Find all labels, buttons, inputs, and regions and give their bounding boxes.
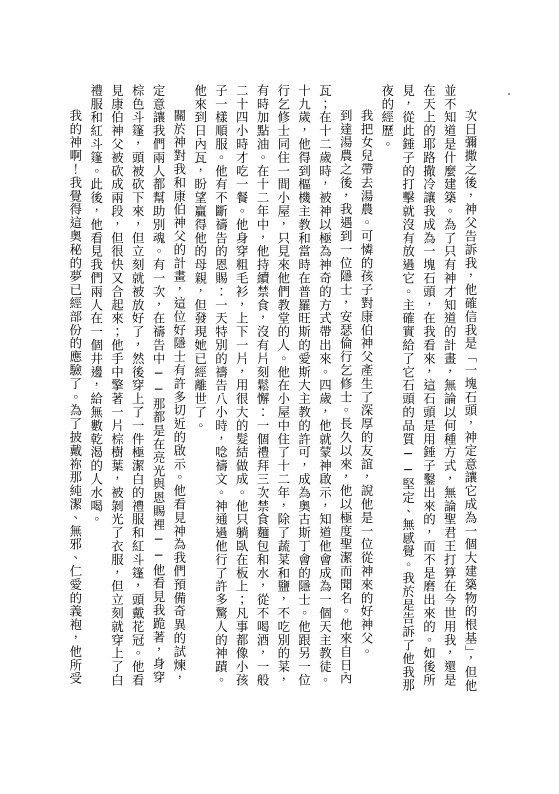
print-speck: [508, 93, 510, 95]
paragraph-1: 次日彌撒之後，神父告訴我，他確信我是「一塊石頭，神定意讓它成為一個大建築物的根基…: [376, 84, 480, 693]
book-page: 次日彌撒之後，神父告訴我，他確信我是「一塊石頭，神定意讓它成為一個大建築物的根基…: [0, 0, 559, 794]
paragraph-2: 我把女兒帶去湯農。可憐的孩子對康伯神父產生了深厚的友誼，說他是一位從神來的好神父…: [355, 84, 376, 693]
paragraph-4: 關於神對我和康伯神父的計畫，這位好隱士有許多切近的啟示。他看見神為我們預備奇異的…: [85, 84, 189, 693]
paragraph-5: 我的神啊！我覺得這奧秘的夢已經部份的應驗了。為了披戴祢那純潔、無邪、仁愛的義袍，…: [64, 84, 85, 693]
page-text-block: 次日彌撒之後，神父告訴我，他確信我是「一塊石頭，神定意讓它成為一個大建築物的根基…: [64, 84, 480, 693]
paragraph-3: 到達湯農之後，我遇到一位隱士，安瑟倫行乞修士。長久以來，他以極度聖潔而聞名。他來…: [189, 84, 355, 693]
